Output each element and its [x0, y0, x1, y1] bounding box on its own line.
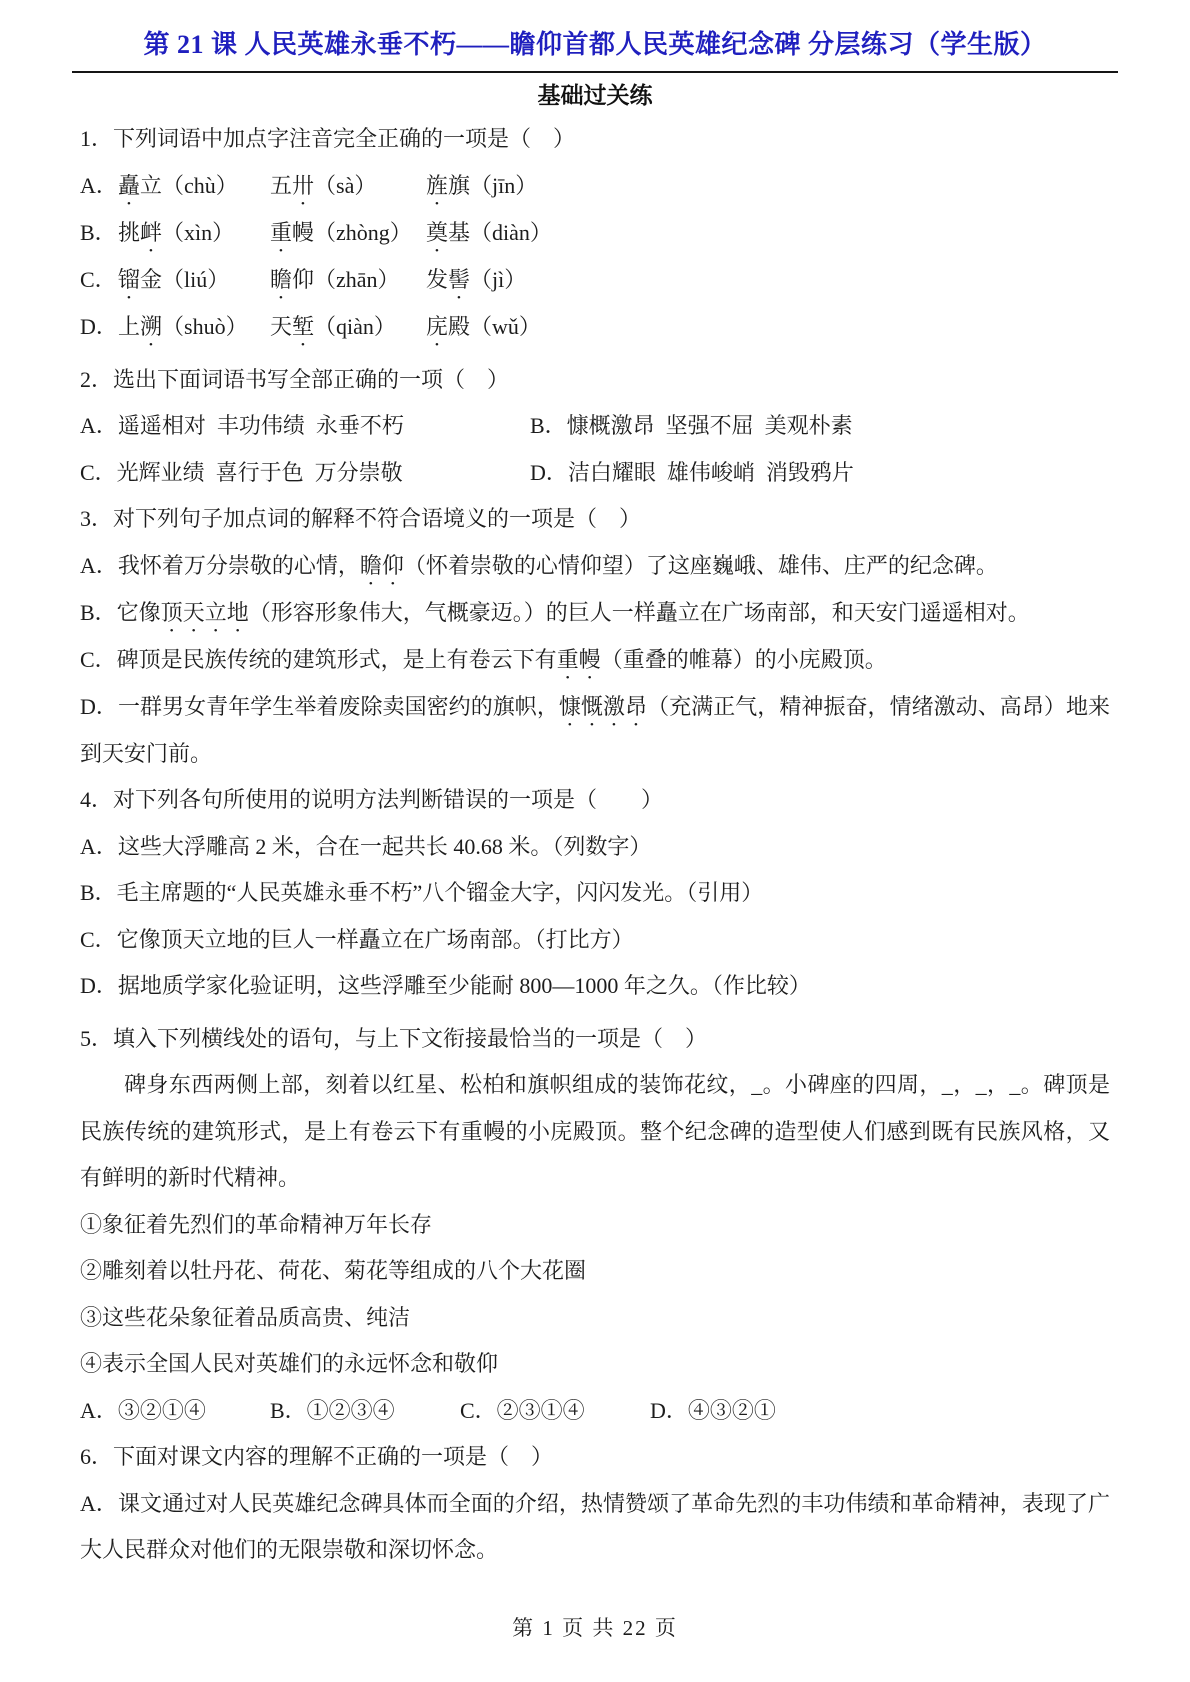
text-run: 基（diàn） — [448, 220, 552, 245]
text-run: D． — [80, 314, 118, 339]
text-run: 旗（jīn） — [448, 173, 537, 198]
q3-option-a: A．我怀着万分崇敬的心情，瞻仰（怀着崇敬的心情仰望）了这座巍峨、雄伟、庄严的纪念… — [80, 543, 1110, 590]
emphasized-text: 镏 — [118, 267, 140, 292]
option-cell: 瞻仰（zhān） — [270, 257, 426, 304]
q5-item-1: ①象征着先烈们的革命精神万年长存 — [80, 1202, 1110, 1249]
q3-stem: 3．对下列句子加点词的解释不符合语境义的一项是（ ） — [80, 496, 1110, 543]
option-cell: 五卅（sà） — [270, 163, 426, 210]
text-run: C．②③①④ — [460, 1398, 585, 1423]
option-cell: 庑殿（wǔ） — [426, 304, 541, 351]
emphasized-text: 慷慨激昂 — [559, 694, 647, 719]
q2-options-row-ab: A．遥遥相对 丰功伟绩 永垂不朽B．慷概激昂 坚强不屈 美观朴素 — [80, 403, 1110, 450]
emphasized-text: 顶天立地 — [161, 600, 249, 625]
page-title: 第 21 课 人民英雄永垂不朽——瞻仰首都人民英雄纪念碑 分层练习（学生版） — [80, 24, 1110, 61]
option-cell: B．①②③④ — [270, 1388, 460, 1435]
emphasized-text: 重 — [270, 220, 292, 245]
text-run: 殿（wǔ） — [448, 314, 541, 339]
option-cell: D．洁白耀眼 雄伟峻峭 消毁鸦片 — [530, 450, 854, 497]
text-run: （怀着崇敬的心情仰望）了这座巍峨、雄伟、庄严的纪念碑。 — [404, 553, 998, 578]
emphasized-text: 髻 — [448, 267, 470, 292]
q5-answer-row: A．③②①④B．①②③④C．②③①④D．④③②① — [80, 1388, 1110, 1435]
text-run: A． — [80, 173, 118, 198]
option-cell: D． — [80, 304, 118, 351]
text-run: （jì） — [470, 267, 526, 292]
text-run: （形容形象伟大，气概豪迈。）的巨人一样矗立在广场南部，和天安门遥遥相对。 — [249, 600, 1030, 625]
option-cell: B．慷概激昂 坚强不屈 美观朴素 — [530, 403, 853, 450]
q3-option-c: C．碑顶是民族传统的建筑形式，是上有卷云下有重幔（重叠的帷幕）的小庑殿顶。 — [80, 637, 1110, 684]
q5-item-4: ④表示全国人民对英雄们的永远怀念和敬仰 — [80, 1341, 1110, 1388]
text-run: 发 — [426, 267, 448, 292]
text-run: 挑 — [118, 220, 140, 245]
emphasized-text: 瞻 — [270, 267, 292, 292]
q5-stem: 5．填入下列横线处的语句，与上下文衔接最恰当的一项是（ ） — [80, 1016, 1110, 1063]
emphasized-text: 庑 — [426, 314, 448, 339]
q5-passage: 碑身东西两侧上部，刻着以红星、松柏和旗帜组成的装饰花纹，_。小碑座的四周，_，_… — [80, 1062, 1110, 1202]
q6-stem: 6．下面对课文内容的理解不正确的一项是（ ） — [80, 1434, 1110, 1481]
option-cell: 上溯（shuò） — [118, 304, 270, 351]
q5-item-3: ③这些花朵象征着品质高贵、纯洁 — [80, 1295, 1110, 1342]
emphasized-text: 溯 — [140, 314, 162, 339]
option-cell: A． — [80, 163, 118, 210]
text-run: 天 — [270, 314, 292, 339]
emphasized-text: 重幔 — [557, 647, 601, 672]
option-cell: C．②③①④ — [460, 1388, 650, 1435]
title-divider — [72, 71, 1118, 73]
q1-option-b: B．挑衅（xìn）重幔（zhòng）奠基（diàn） — [80, 210, 1110, 257]
option-cell: D．④③②① — [650, 1388, 776, 1435]
emphasized-text: 堑 — [292, 314, 314, 339]
text-run: A．遥遥相对 丰功伟绩 永垂不朽 — [80, 413, 404, 438]
questions-body: 1．下列词语中加点字注音完全正确的一项是（ ） A．矗立（chù）五卅（sà）旌… — [80, 116, 1110, 1574]
q1-option-d: D．上溯（shuò）天堑（qiàn）庑殿（wǔ） — [80, 304, 1110, 351]
q3-option-b: B．它像顶天立地（形容形象伟大，气概豪迈。）的巨人一样矗立在广场南部，和天安门遥… — [80, 590, 1110, 637]
option-cell: 发髻（jì） — [426, 257, 526, 304]
text-run: 仰（zhān） — [292, 267, 400, 292]
text-run: 金（liú） — [140, 267, 229, 292]
text-run: （sà） — [314, 173, 376, 198]
emphasized-text: 奠 — [426, 220, 448, 245]
text-run: B．①②③④ — [270, 1398, 395, 1423]
text-run: C． — [80, 267, 117, 292]
q6-option-a: A．课文通过对人民英雄纪念碑具体而全面的介绍，热情赞颂了革命先烈的丰功伟绩和革命… — [80, 1481, 1110, 1574]
option-cell: B． — [80, 210, 118, 257]
text-run: （xìn） — [162, 220, 234, 245]
option-cell: 天堑（qiàn） — [270, 304, 426, 351]
section-heading: 基础过关练 — [80, 77, 1110, 110]
option-cell: A．③②①④ — [80, 1388, 270, 1435]
q1-option-c: C．镏金（liú）瞻仰（zhān）发髻（jì） — [80, 257, 1110, 304]
option-cell: 旌旗（jīn） — [426, 163, 537, 210]
option-cell: 重幔（zhòng） — [270, 210, 426, 257]
text-run: D．洁白耀眼 雄伟峻峭 消毁鸦片 — [530, 460, 854, 485]
text-run: A．我怀着万分崇敬的心情， — [80, 553, 360, 578]
option-cell: 奠基（diàn） — [426, 210, 552, 257]
page-number: 第 1 页 共 22 页 — [0, 1612, 1190, 1642]
option-cell: C． — [80, 257, 118, 304]
option-cell: 矗立（chù） — [118, 163, 270, 210]
q4-option-b: B．毛主席题的“人民英雄永垂不朽”八个镏金大字，闪闪发光。（引用） — [80, 870, 1110, 917]
text-run: B．它像 — [80, 600, 161, 625]
emphasized-text: 矗 — [118, 173, 140, 198]
emphasized-text: 衅 — [140, 220, 162, 245]
option-cell: A．遥遥相对 丰功伟绩 永垂不朽 — [80, 403, 530, 450]
text-run: 立（chù） — [140, 173, 238, 198]
text-run: C．光辉业绩 喜行于色 万分崇敬 — [80, 460, 403, 485]
text-run: A．③②①④ — [80, 1398, 206, 1423]
text-run: 上 — [118, 314, 140, 339]
text-run: 幔（zhòng） — [292, 220, 412, 245]
text-run: D．④③②① — [650, 1398, 776, 1423]
text-run: （qiàn） — [314, 314, 396, 339]
text-run: （重叠的帷幕）的小庑殿顶。 — [601, 647, 887, 672]
q5-item-2: ②雕刻着以牡丹花、荷花、菊花等组成的八个大花圈 — [80, 1248, 1110, 1295]
text-run: B． — [80, 220, 117, 245]
q2-options-row-cd: C．光辉业绩 喜行于色 万分崇敬D．洁白耀眼 雄伟峻峭 消毁鸦片 — [80, 450, 1110, 497]
text-run: D．一群男女青年学生举着废除卖国密约的旗帜， — [80, 694, 559, 719]
emphasized-text: 卅 — [292, 173, 314, 198]
text-run: C．碑顶是民族传统的建筑形式，是上有卷云下有 — [80, 647, 557, 672]
q4-option-c: C．它像顶天立地的巨人一样矗立在广场南部。（打比方） — [80, 917, 1110, 964]
q4-option-d: D．据地质学家化验证明，这些浮雕至少能耐 800—1000 年之久。（作比较） — [80, 963, 1110, 1010]
option-cell: 挑衅（xìn） — [118, 210, 270, 257]
worksheet-page: 第 21 课 人民英雄永垂不朽——瞻仰首都人民英雄纪念碑 分层练习（学生版） 基… — [0, 0, 1190, 1574]
option-cell: 镏金（liú） — [118, 257, 270, 304]
q1-option-a: A．矗立（chù）五卅（sà）旌旗（jīn） — [80, 163, 1110, 210]
q4-stem: 4．对下列各句所使用的说明方法判断错误的一项是（ ） — [80, 777, 1110, 824]
text-run: 五 — [270, 173, 292, 198]
q3-option-d: D．一群男女青年学生举着废除卖国密约的旗帜，慷慨激昂（充满正气，精神振奋，情绪激… — [80, 684, 1110, 778]
text-run: B．慷概激昂 坚强不屈 美观朴素 — [530, 413, 853, 438]
text-run: （shuò） — [162, 314, 248, 339]
q2-stem: 2．选出下面词语书写全部正确的一项（ ） — [80, 357, 1110, 404]
emphasized-text: 瞻仰 — [360, 553, 404, 578]
q4-option-a: A．这些大浮雕高 2 米，合在一起共长 40.68 米。（列数字） — [80, 824, 1110, 871]
q1-stem: 1．下列词语中加点字注音完全正确的一项是（ ） — [80, 116, 1110, 163]
emphasized-text: 旌 — [426, 173, 448, 198]
option-cell: C．光辉业绩 喜行于色 万分崇敬 — [80, 450, 530, 497]
